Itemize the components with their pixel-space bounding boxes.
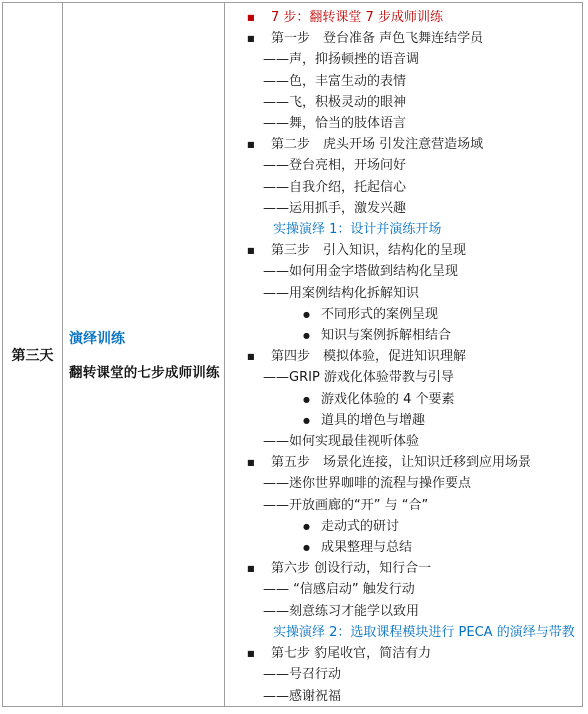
outline-item-text: 实操演绎 1：设计并演练开场 (273, 219, 441, 240)
square-bullet-icon: ■ (247, 558, 271, 579)
outline-item-text: 第二步 虎头开场 引发注意营造场域 (271, 134, 483, 155)
outline-item-text: 第三步 引入知识，结构化的呈现 (271, 240, 466, 261)
outline-sub-dash: ——飞，积极灵动的眼神 (247, 92, 580, 113)
outline-step: ■第一步 登台准备 声色飞舞连结学员 (247, 28, 580, 49)
outline-step: ■第七步 豹尾收官，简洁有力 (247, 643, 580, 664)
outline-item-text: ——飞，积极灵动的眼神 (263, 92, 406, 113)
circle-bullet-icon: ● (303, 410, 321, 431)
outline-item-text: 游戏化体验的 4 个要素 (321, 389, 455, 410)
outline-item-text: 第四步 模拟体验，促进知识理解 (271, 346, 466, 367)
outline-step: ■第二步 虎头开场 引发注意营造场域 (247, 134, 580, 155)
outline-sub-dash: ——如何用金字塔做到结构化呈现 (247, 261, 580, 282)
outline-title-red: ■7 步：翻转课堂 7 步成师训练 (247, 7, 580, 28)
outline-item-text: 第五步 场景化连接，让知识迁移到应用场景 (271, 452, 531, 473)
circle-bullet-icon: ● (303, 304, 321, 325)
outline-item-text: ——感谢祝福 (263, 686, 341, 707)
outline-sub-dash: ——舞，恰当的肢体语言 (247, 113, 580, 134)
outline-practice-note: 实操演绎 2：选取课程模块进行 PECA 的演绎与带教 (247, 622, 580, 643)
outline-item-text: ——色，丰富生动的表情 (263, 71, 406, 92)
outline-sub-dash: ——自我介绍，托起信心 (247, 177, 580, 198)
outline-sub-dot: ●游戏化体验的 4 个要素 (247, 389, 580, 410)
outline-item-text: ——GRIP 游戏化体验带教与引导 (263, 367, 454, 388)
square-bullet-icon: ■ (247, 134, 271, 155)
square-bullet-icon: ■ (247, 240, 271, 261)
outline-item-text: 走动式的研讨 (321, 516, 399, 537)
outline-sub-dot: ●道具的增色与增趣 (247, 410, 580, 431)
circle-bullet-icon: ● (303, 537, 321, 558)
day-cell: 第三天 (3, 3, 63, 706)
outline-sub-dash: ——登台亮相，开场问好 (247, 155, 580, 176)
outline-sub-dash: ——迷你世界咖啡的流程与操作要点 (247, 473, 580, 494)
outline-item-text: 实操演绎 2：选取课程模块进行 PECA 的演绎与带教 (273, 622, 575, 643)
outline-sub-dash: ——GRIP 游戏化体验带教与引导 (247, 367, 580, 388)
outline-step: ■第六步 创设行动，知行合一 (247, 558, 580, 579)
outline-sub-dash: ——感谢祝福 (247, 686, 580, 707)
outline-sub-dot: ●知识与案例拆解相结合 (247, 325, 580, 346)
outline-sub-dot: ●走动式的研讨 (247, 516, 580, 537)
outline-item-text: 道具的增色与增趣 (321, 410, 425, 431)
outline-sub-dot: ●成果整理与总结 (247, 537, 580, 558)
outline-item-text: ——刻意练习才能学以致用 (263, 601, 419, 622)
module-subtitle: 翻转课堂的七步成师训练 (69, 361, 220, 381)
outline-sub-dash: ——如何实现最佳视听体验 (247, 431, 580, 452)
module-cell: 演绎训练 翻转课堂的七步成师训练 (63, 3, 225, 706)
outline-item-text: —— “信感启动” 触发行动 (263, 579, 415, 600)
circle-bullet-icon: ● (303, 389, 321, 410)
outline-step: ■第三步 引入知识，结构化的呈现 (247, 240, 580, 261)
square-bullet-icon: ■ (247, 7, 271, 28)
outline-item-text: 第六步 创设行动，知行合一 (271, 558, 431, 579)
outline-item-text: ——迷你世界咖啡的流程与操作要点 (263, 473, 471, 494)
outline-item-text: 7 步：翻转课堂 7 步成师训练 (271, 7, 443, 28)
module-title: 演绎训练 (69, 328, 220, 348)
outline-sub-dash: ——用案例结构化拆解知识 (247, 283, 580, 304)
outline-item-text: ——号召行动 (263, 664, 341, 685)
outline-item-text: 知识与案例拆解相结合 (321, 325, 451, 346)
outline-cell: ■7 步：翻转课堂 7 步成师训练■第一步 登台准备 声色飞舞连结学员——声，抑… (225, 3, 582, 706)
outline-item-text: ——运用抓手，激发兴趣 (263, 198, 406, 219)
outline-sub-dash: ——色，丰富生动的表情 (247, 71, 580, 92)
day-label: 第三天 (12, 345, 54, 365)
outline-sub-dash: ——声，抑扬顿挫的语音调 (247, 49, 580, 70)
outline-item-text: ——自我介绍，托起信心 (263, 177, 406, 198)
outline-sub-dash: ——运用抓手，激发兴趣 (247, 198, 580, 219)
square-bullet-icon: ■ (247, 28, 271, 49)
outline-item-text: ——开放画廊的“开” 与 “合” (263, 495, 428, 516)
circle-bullet-icon: ● (303, 325, 321, 346)
outline-sub-dash: ——刻意练习才能学以致用 (247, 601, 580, 622)
outline-sub-dash: ——号召行动 (247, 664, 580, 685)
outline-practice-note: 实操演绎 1：设计并演练开场 (247, 219, 580, 240)
outline-item-text: 不同形式的案例呈现 (321, 304, 438, 325)
outline-sub-dot: ●不同形式的案例呈现 (247, 304, 580, 325)
outline-item-text: 第七步 豹尾收官，简洁有力 (271, 643, 431, 664)
outline-item-text: ——登台亮相，开场问好 (263, 155, 406, 176)
square-bullet-icon: ■ (247, 452, 271, 473)
outline-item-text: 成果整理与总结 (321, 537, 412, 558)
outline-sub-dash: ——开放画廊的“开” 与 “合” (247, 495, 580, 516)
outline-item-text: ——如何实现最佳视听体验 (263, 431, 419, 452)
outline-step: ■第五步 场景化连接，让知识迁移到应用场景 (247, 452, 580, 473)
square-bullet-icon: ■ (247, 643, 271, 664)
outline-item-text: ——舞，恰当的肢体语言 (263, 113, 406, 134)
outline-item-text: ——用案例结构化拆解知识 (263, 283, 419, 304)
schedule-table: 第三天 演绎训练 翻转课堂的七步成师训练 ■7 步：翻转课堂 7 步成师训练■第… (2, 2, 583, 707)
outline-item-text: ——声，抑扬顿挫的语音调 (263, 49, 419, 70)
outline-step: ■第四步 模拟体验，促进知识理解 (247, 346, 580, 367)
outline-item-text: 第一步 登台准备 声色飞舞连结学员 (271, 28, 483, 49)
circle-bullet-icon: ● (303, 516, 321, 537)
square-bullet-icon: ■ (247, 346, 271, 367)
outline-sub-dash: —— “信感启动” 触发行动 (247, 579, 580, 600)
outline-item-text: ——如何用金字塔做到结构化呈现 (263, 261, 458, 282)
